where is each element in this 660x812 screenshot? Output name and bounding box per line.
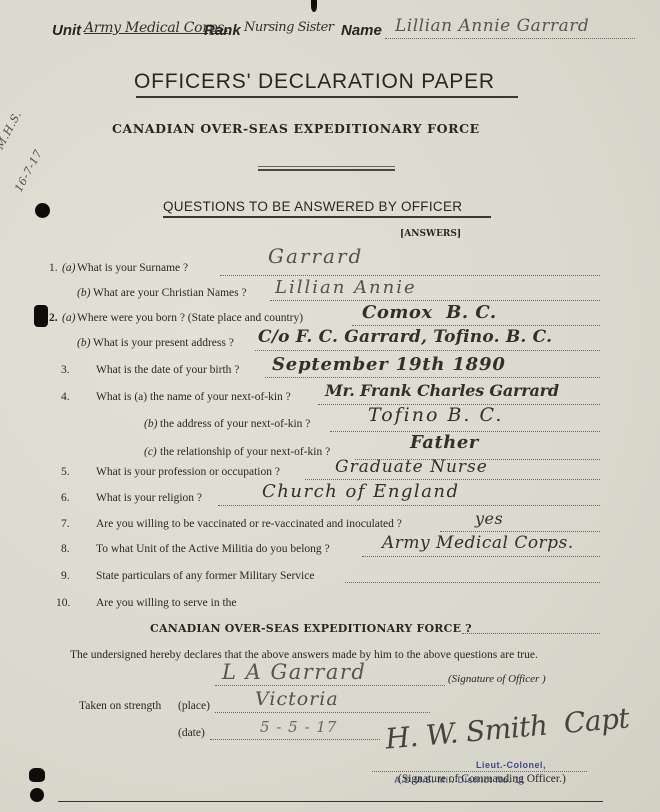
question-sub: (b)	[77, 337, 90, 349]
document-page: Unit Army Medical Corps. Rank Nursing Si…	[0, 0, 660, 812]
question-number: 10.	[56, 597, 70, 609]
margin-note-line1: M.H.S.	[0, 109, 24, 152]
header-line: Unit	[52, 22, 81, 39]
place-label: (place)	[178, 700, 210, 712]
taken-on-strength-label: Taken on strength	[79, 700, 161, 712]
question-text: Where were you born ? (State place and c…	[77, 312, 303, 324]
question-text: What is your religion ?	[96, 492, 202, 504]
question-number: 5.	[61, 466, 70, 478]
question-number: 6.	[61, 492, 70, 504]
answer-surname: Garrard	[268, 244, 363, 268]
title-underline	[136, 96, 518, 98]
question-number: 9.	[61, 570, 70, 582]
answer-christian-names: Lillian Annie	[275, 277, 417, 298]
question-text: the relationship of your next-of-kin ?	[160, 446, 330, 458]
answer-next-of-kin-relationship: Father	[410, 432, 479, 453]
stamp-rank: Lieut.-Colonel,	[476, 760, 546, 770]
question-text: What is your present address ?	[93, 337, 234, 349]
question-text: What is your profession or occupation ?	[96, 466, 280, 478]
punch-hole	[30, 788, 44, 802]
answer-present-address: C/o F. C. Garrard, Tofino. B. C.	[258, 327, 552, 347]
name-value: Lillian Annie Garrard	[395, 16, 589, 36]
decorative-rule	[258, 169, 395, 171]
question-text: To what Unit of the Active Militia do yo…	[96, 543, 330, 555]
answer-line	[345, 582, 600, 583]
answers-header: [ANSWERS]	[400, 229, 461, 239]
question-number: 4.	[61, 391, 70, 403]
co-signature-line	[372, 771, 587, 772]
answer-line	[220, 275, 600, 276]
answer-line	[270, 300, 600, 301]
answer-line	[218, 505, 600, 506]
place-value: Victoria	[255, 688, 339, 710]
page-title: OFFICERS' DECLARATION PAPER	[134, 70, 495, 94]
answer-occupation: Graduate Nurse	[335, 457, 488, 477]
question-number: 3.	[61, 364, 70, 376]
date-label: (date)	[178, 727, 205, 739]
question-number: 7.	[61, 518, 70, 530]
answer-line	[362, 556, 600, 557]
question-text: What is (a) the name of your next-of-kin…	[96, 391, 291, 403]
answer-date-of-birth: September 19th 1890	[272, 354, 506, 375]
answer-line	[265, 377, 600, 378]
answer-birthplace: Comox B. C.	[362, 302, 497, 323]
question-number: 1.	[49, 262, 58, 274]
answer-line	[462, 633, 600, 634]
punch-hole	[29, 768, 45, 782]
co-signature-label: (Signature of Commanding Officer.)	[398, 773, 566, 785]
officer-signature-label: (Signature of Officer )	[448, 673, 546, 685]
answer-line	[352, 325, 600, 326]
question-text: Are you willing to be vaccinated or re-v…	[96, 518, 402, 530]
question-text: What are your Christian Names ?	[93, 287, 247, 299]
question-sub: (b)	[77, 287, 90, 299]
question-number: 8.	[61, 543, 70, 555]
place-line	[215, 712, 430, 713]
page-subtitle: CANADIAN OVER-SEAS EXPEDITIONARY FORCE	[112, 121, 480, 136]
ink-mark	[311, 0, 317, 12]
answer-militia-unit: Army Medical Corps.	[382, 533, 574, 553]
name-label: Name	[341, 22, 382, 39]
answer-vaccination: yes	[475, 509, 503, 528]
section-underline	[163, 216, 491, 218]
section-heading: QUESTIONS TO BE ANSWERED BY OFFICER	[163, 199, 462, 214]
commanding-officer-signature: H. W. Smith Capt	[384, 701, 630, 755]
date-line	[210, 739, 380, 740]
answer-next-of-kin-address: Tofino B. C.	[368, 404, 503, 426]
question-text: What is your Surname ?	[77, 262, 188, 274]
officer-signature-line	[215, 685, 445, 686]
question-number: 2.	[49, 312, 58, 324]
name-dotted-line	[385, 38, 635, 39]
date-value: 5 - 5 - 17	[260, 718, 337, 736]
answer-line	[305, 479, 600, 480]
officer-signature: L A Garrard	[222, 660, 366, 684]
margin-note: M.H.S.	[2, 113, 33, 156]
margin-note-date: 16-7-17	[12, 147, 45, 194]
question-sub: (a)	[62, 312, 75, 324]
answer-next-of-kin-name: Mr. Frank Charles Garrard	[325, 381, 559, 400]
question-sub: (a)	[62, 262, 75, 274]
question-text: What is the date of your birth ?	[96, 364, 239, 376]
question-text: Are you willing to serve in the	[96, 597, 237, 609]
decorative-rule	[258, 166, 395, 167]
question-text: the address of your next-of-kin ?	[160, 418, 310, 430]
rank-label: Rank	[204, 22, 241, 39]
punch-hole	[35, 203, 50, 218]
answer-line	[255, 350, 600, 351]
answer-religion: Church of England	[262, 481, 460, 502]
question-sub: (b)	[144, 418, 157, 430]
unit-label: Unit	[52, 22, 81, 39]
bottom-rule	[58, 801, 603, 802]
punch-hole	[34, 305, 48, 327]
answer-line	[440, 531, 600, 532]
question-sub: (c)	[144, 446, 157, 458]
question-text: State particulars of any former Military…	[96, 570, 314, 582]
q10-continuation: CANADIAN OVER-SEAS EXPEDITIONARY FORCE ?	[150, 622, 472, 635]
rank-value: Nursing Sister	[244, 20, 333, 35]
